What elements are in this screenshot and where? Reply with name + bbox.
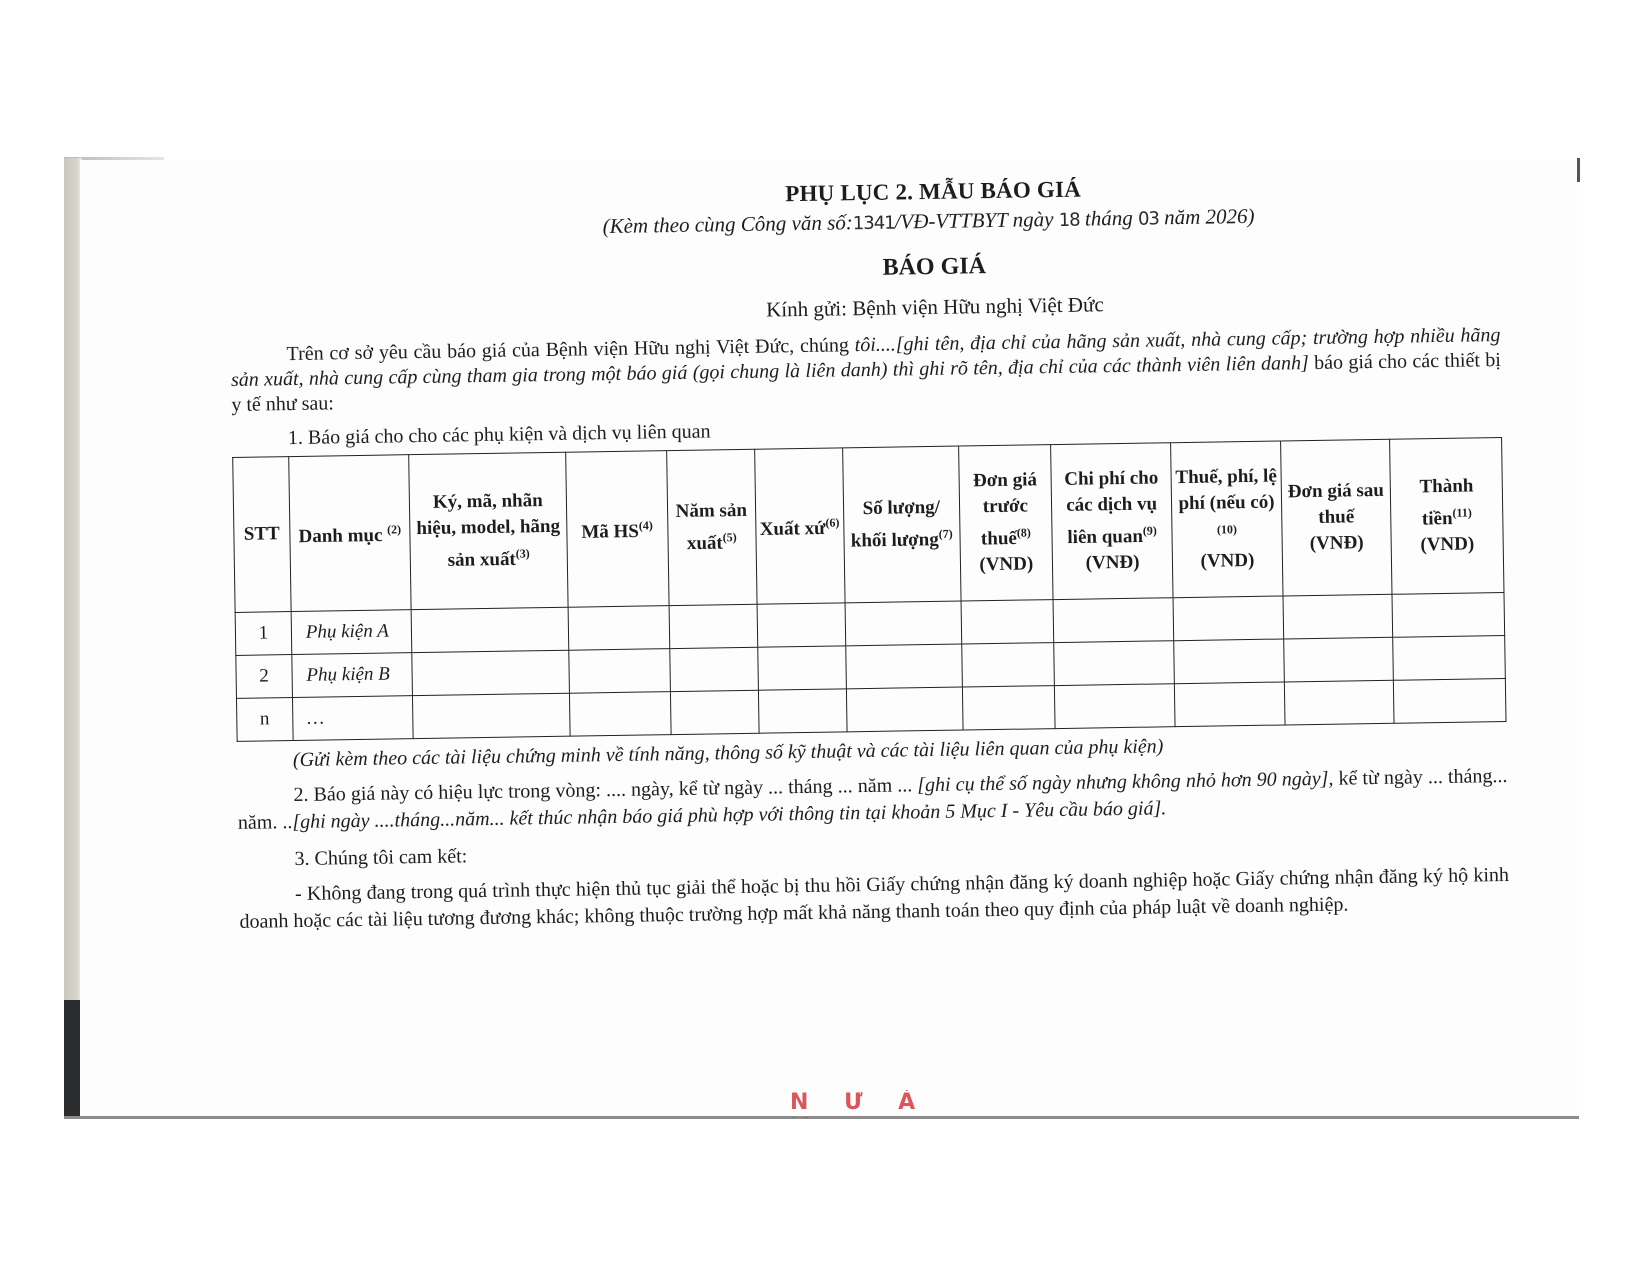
row-number: n [236, 698, 292, 742]
recipient: Kính gửi: Bệnh viện Hữu nghị Việt Đức [230, 286, 1500, 331]
row-item-name: Phụ kiện B [292, 653, 413, 698]
empty-cell [845, 601, 962, 646]
month-label: tháng [1079, 206, 1138, 231]
empty-cell [1054, 641, 1175, 686]
column-header: Đơn giá trước thuế(8)(VND) [958, 445, 1053, 601]
row-item-name: … [292, 696, 413, 741]
empty-cell [1174, 639, 1284, 684]
empty-cell [1283, 637, 1393, 682]
empty-cell [961, 600, 1054, 644]
row-number: 2 [236, 655, 292, 699]
column-header: Danh mục (2) [289, 455, 412, 612]
column-header: Thành tiền(11)(VND) [1390, 438, 1504, 595]
table-body: 1Phụ kiện A2Phụ kiện Bn… [235, 593, 1506, 742]
document-title: BÁO GIÁ [229, 245, 1499, 292]
empty-cell [569, 692, 671, 737]
red-stamp-fragment: N Ư Ả Ư [790, 1090, 970, 1118]
empty-cell [1175, 682, 1285, 727]
quotation-table: STTDanh mục (2)Ký, mã, nhãn hiệu, model,… [232, 437, 1506, 742]
column-header: Đơn giá sau thuế(VNĐ) [1280, 439, 1392, 596]
column-header: Thuế, phí, lệ phí (nếu có)(10)(VND) [1171, 441, 1283, 598]
validity-italic: [ghi cụ thể số ngày nhưng không nhỏ hơn … [917, 768, 1333, 797]
validity-paragraph: 2. Báo giá này có hiệu lực trong vòng: .… [237, 763, 1508, 837]
table-header-row: STTDanh mục (2)Ký, mã, nhãn hiệu, model,… [233, 438, 1504, 613]
scan-edge-right [1577, 158, 1580, 182]
row-number: 1 [235, 612, 291, 656]
column-header: Năm sản xuất(5) [666, 449, 756, 605]
handwritten-month: 03 [1138, 208, 1159, 229]
empty-cell [1283, 594, 1393, 639]
intro-paragraph: Trên cơ sở yêu cầu báo giá của Bệnh viện… [230, 323, 1501, 418]
empty-cell [962, 686, 1055, 730]
column-header: Mã HS(4) [565, 451, 668, 608]
handwritten-document-number: 1341 [853, 213, 895, 235]
empty-cell [1054, 684, 1175, 729]
empty-cell [669, 604, 758, 648]
empty-cell [757, 646, 846, 690]
empty-cell [1284, 680, 1394, 725]
empty-cell [568, 606, 670, 651]
empty-cell [1173, 596, 1283, 641]
document-content: PHỤ LỤC 2. MẪU BÁO GIÁ (Kèm theo cùng Cô… [228, 170, 1510, 936]
empty-cell [670, 690, 759, 734]
empty-cell [413, 693, 570, 738]
column-header: Số lượng/ khối lượng(7) [842, 446, 960, 603]
empty-cell [1393, 636, 1505, 681]
empty-cell [1392, 593, 1504, 638]
empty-cell [845, 644, 962, 689]
column-header: STT [233, 457, 291, 613]
attachment-ref-suffix: /VĐ-VTTBYT ngày [894, 207, 1058, 234]
attachment-prefix: (Kèm theo cùng Công văn số: [602, 210, 853, 238]
empty-cell [412, 650, 569, 695]
empty-cell [1053, 598, 1174, 643]
year-label: năm 2026) [1159, 204, 1255, 229]
empty-cell [669, 647, 758, 691]
empty-cell [411, 607, 568, 652]
empty-cell [569, 649, 671, 694]
column-header: Ký, mã, nhãn hiệu, model, hãng sản xuất(… [409, 452, 568, 609]
empty-cell [757, 603, 846, 647]
empty-cell [758, 689, 847, 733]
column-header: Xuất xứ(6) [754, 448, 844, 604]
row-item-name: Phụ kiện A [291, 610, 412, 655]
validity-plain: 2. Báo giá này có hiệu lực trong vòng: .… [293, 774, 917, 806]
column-header: Chi phí cho các dịch vụ liên quan(9)(VNĐ… [1051, 443, 1174, 600]
empty-cell [846, 687, 963, 732]
empty-cell [1394, 678, 1506, 723]
handwritten-day: 18 [1059, 210, 1080, 231]
empty-cell [961, 643, 1054, 687]
